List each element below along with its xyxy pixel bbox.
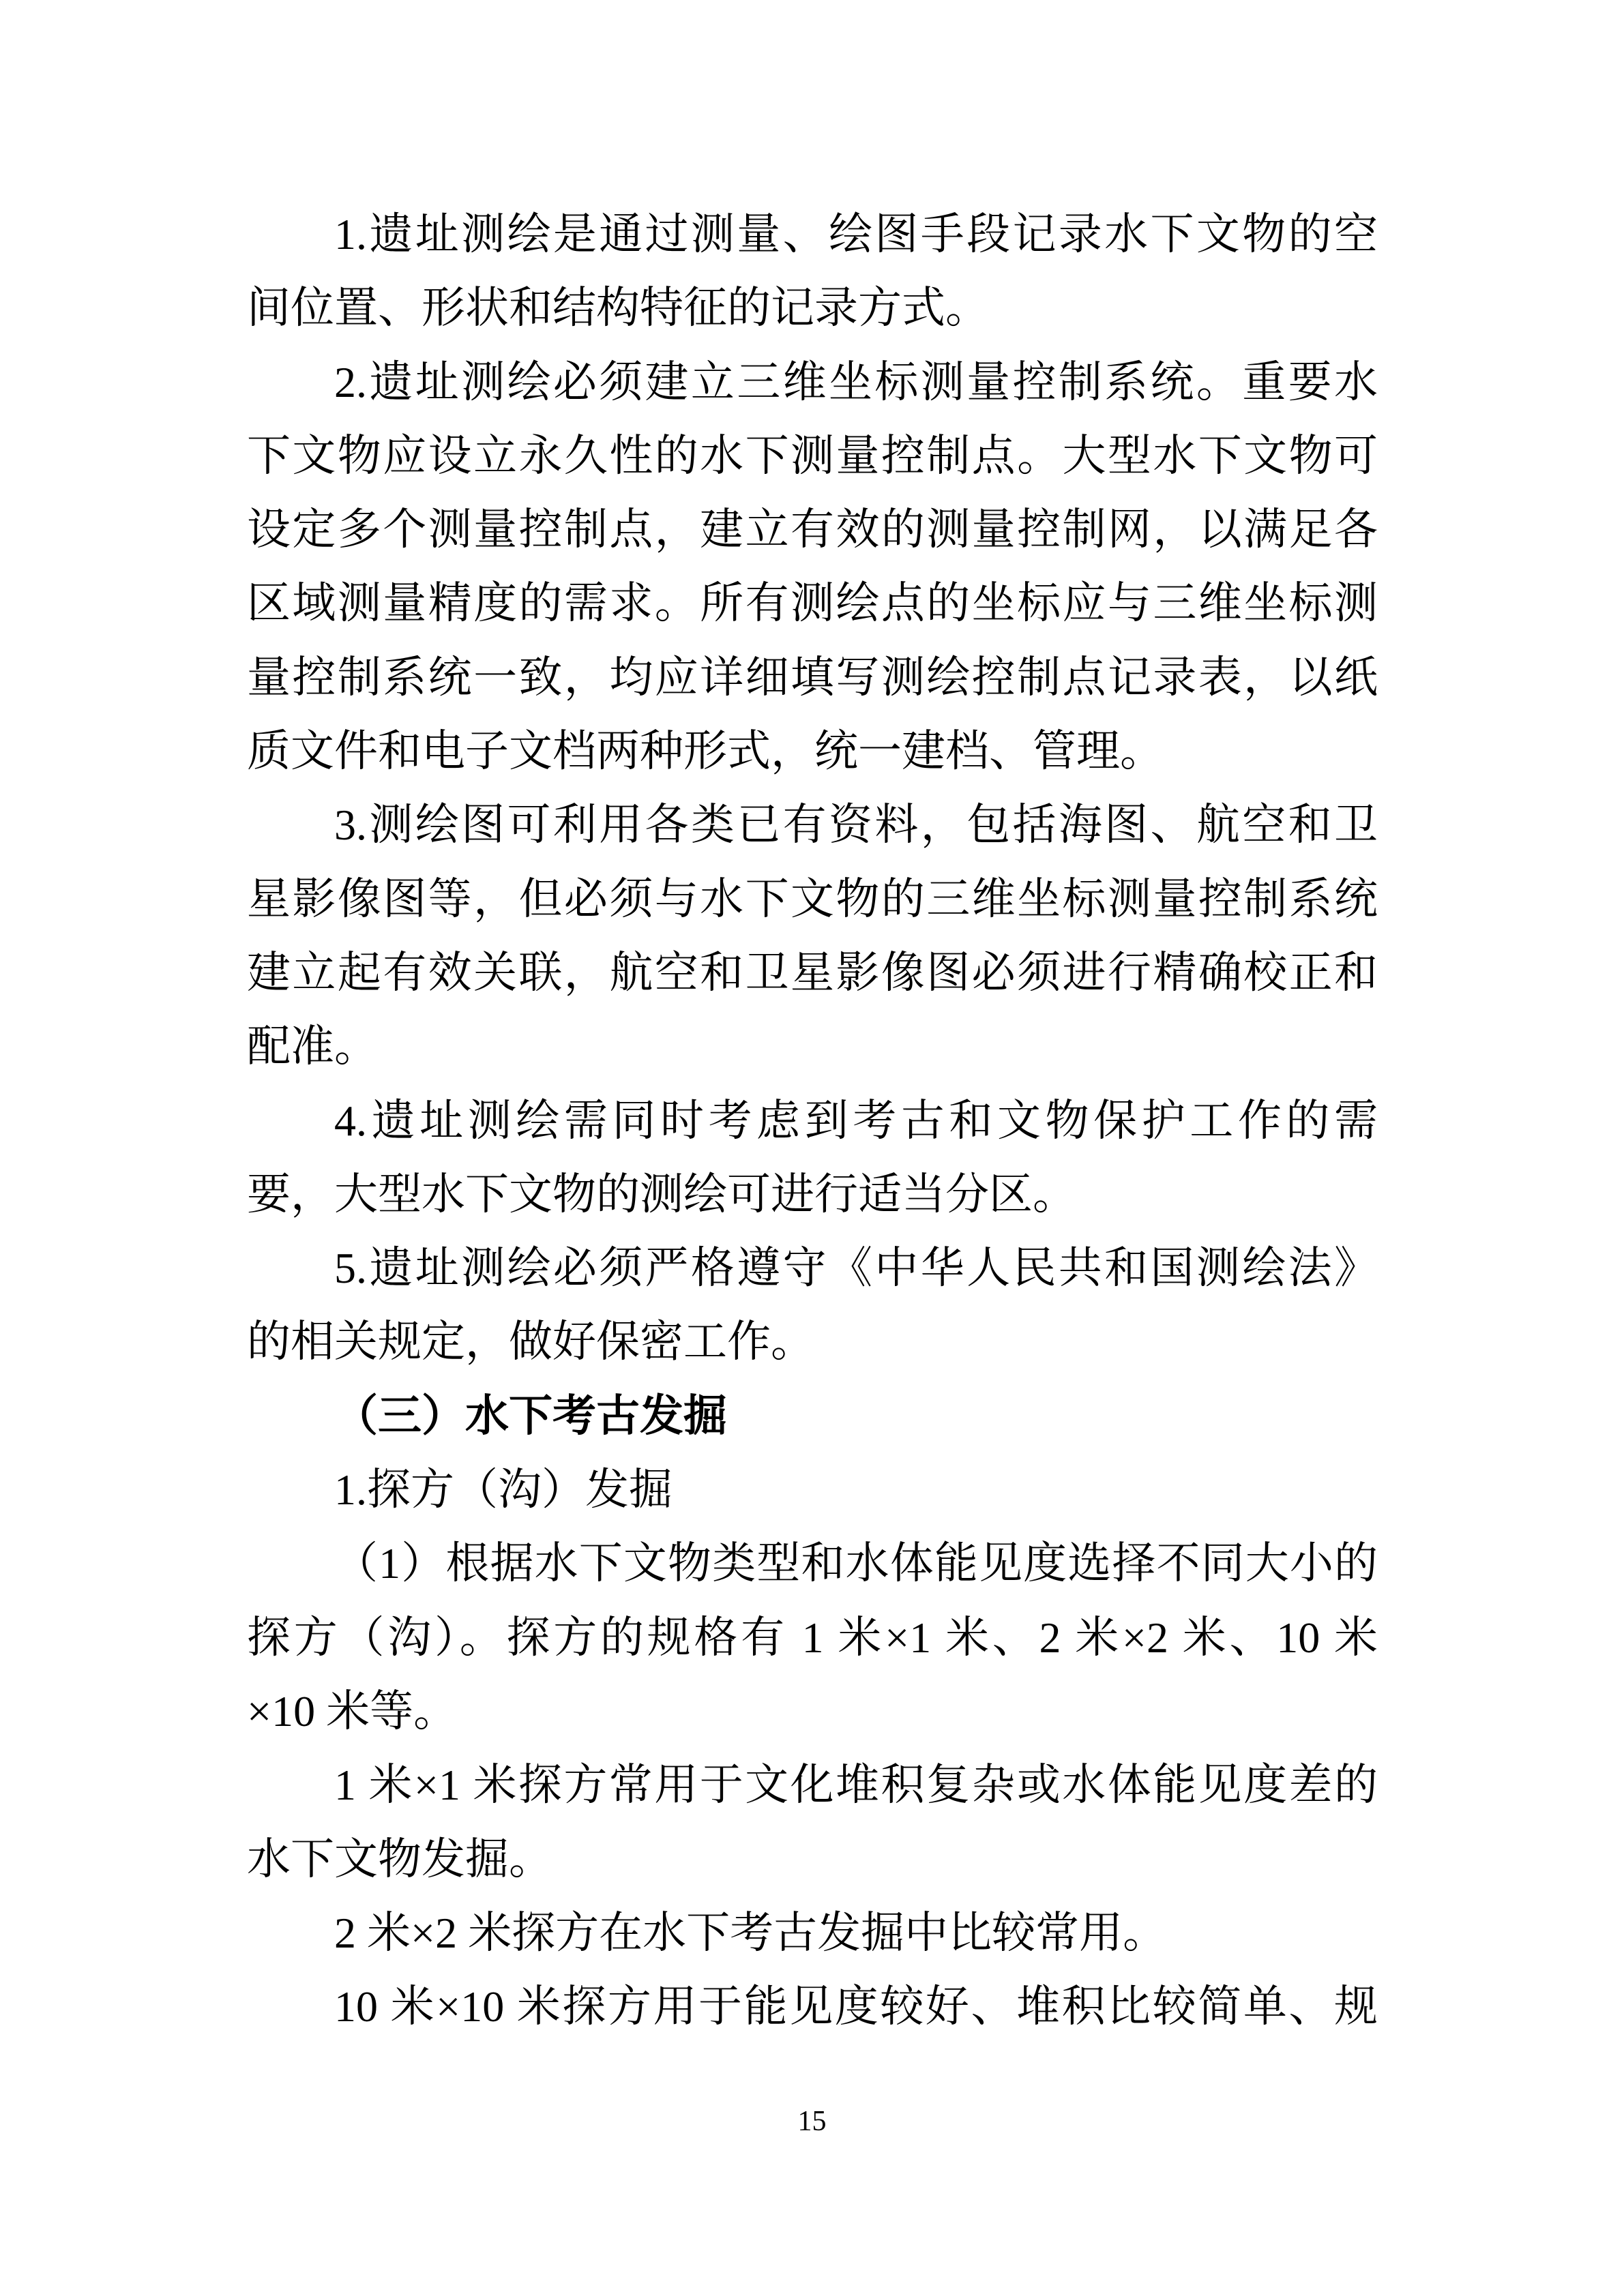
document-page: 1.遗址测绘是通过测量、绘图手段记录水下文物的空 间位置、形状和结构特征的记录方… <box>0 0 1624 2296</box>
section-heading: （三）水下考古发掘 <box>247 1380 1378 1453</box>
body-line: 1 米×1 米探方常用于文化堆积复杂或水体能见度差的 <box>247 1748 1378 1822</box>
body-line: 1.遗址测绘是通过测量、绘图手段记录水下文物的空 <box>247 198 1378 271</box>
body-line: 质文件和电子文档两种形式，统一建档、管理。 <box>247 715 1378 788</box>
body-line: 2.遗址测绘必须建立三维坐标测量控制系统。重要水 <box>247 346 1378 419</box>
body-line: 要，大型水下文物的测绘可进行适当分区。 <box>247 1158 1378 1232</box>
body-line: 5.遗址测绘必须严格遵守《中华人民共和国测绘法》 <box>247 1232 1378 1305</box>
body-line: 1.探方（沟）发掘 <box>247 1453 1378 1527</box>
body-line: 4.遗址测绘需同时考虑到考古和文物保护工作的需 <box>247 1084 1378 1158</box>
body-line: 的相关规定，做好保密工作。 <box>247 1305 1378 1379</box>
body-line: 探方（沟）。探方的规格有 1 米×1 米、2 米×2 米、10 米 <box>247 1601 1378 1675</box>
page-number: 15 <box>0 2106 1624 2137</box>
body-line: 星影像图等，但必须与水下文物的三维坐标测量控制系统 <box>247 863 1378 936</box>
body-line: 10 米×10 米探方用于能见度较好、堆积比较简单、规 <box>247 1970 1378 2044</box>
body-line: 量控制系统一致，均应详细填写测绘控制点记录表，以纸 <box>247 641 1378 715</box>
body-line: 区域测量精度的需求。所有测绘点的坐标应与三维坐标测 <box>247 567 1378 640</box>
body-line: （1）根据水下文物类型和水体能见度选择不同大小的 <box>247 1527 1378 1600</box>
body-line: 设定多个测量控制点，建立有效的测量控制网，以满足各 <box>247 493 1378 567</box>
body-line: 3.测绘图可利用各类已有资料，包括海图、航空和卫 <box>247 788 1378 862</box>
body-line: 配准。 <box>247 1010 1378 1084</box>
body-line: 下文物应设立永久性的水下测量控制点。大型水下文物可 <box>247 419 1378 493</box>
body-line: 建立起有效关联，航空和卫星影像图必须进行精确校正和 <box>247 936 1378 1010</box>
body-line: 间位置、形状和结构特征的记录方式。 <box>247 271 1378 345</box>
body-line: ×10 米等。 <box>247 1675 1378 1748</box>
document-body: 1.遗址测绘是通过测量、绘图手段记录水下文物的空 间位置、形状和结构特征的记录方… <box>247 198 1378 2044</box>
body-line: 2 米×2 米探方在水下考古发掘中比较常用。 <box>247 1896 1378 1970</box>
body-line: 水下文物发掘。 <box>247 1823 1378 1896</box>
